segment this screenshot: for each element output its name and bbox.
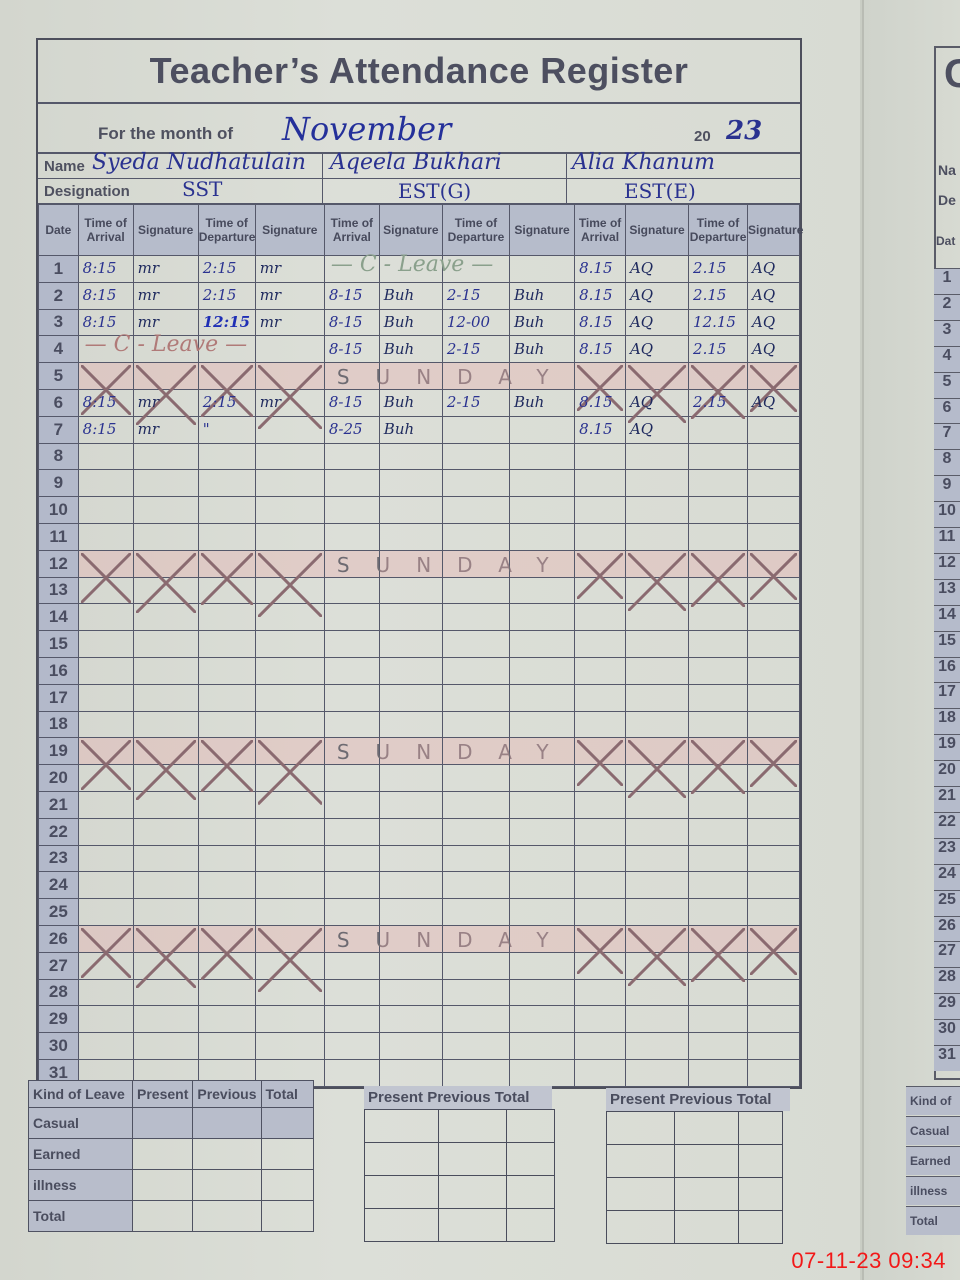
attendance-cell: AQ — [625, 282, 688, 309]
facing-date-cell: 30 — [934, 1019, 960, 1045]
year-prefix: 20 — [694, 128, 711, 145]
attendance-cell — [78, 657, 133, 684]
table-row: 22 — [39, 818, 800, 845]
time-value: 8.15 — [575, 286, 612, 304]
leave-kind-casual: Casual — [29, 1108, 133, 1139]
attendance-cell: 8:15 — [78, 256, 133, 283]
attendance-cell — [379, 657, 442, 684]
attendance-cell: 8.15 — [575, 256, 626, 283]
attendance-cell — [442, 979, 509, 1006]
attendance-cell: mr — [255, 256, 324, 283]
time-value: 8-25 — [325, 420, 363, 438]
attendance-cell — [78, 577, 133, 604]
attendance-cell — [78, 1033, 133, 1060]
leave-cell — [261, 1139, 313, 1170]
attendance-cell — [689, 791, 748, 818]
attendance-cell — [255, 336, 324, 363]
attendance-cell — [78, 979, 133, 1006]
attendance-cell — [575, 738, 626, 765]
leave-kind-total: Total — [29, 1201, 133, 1232]
attendance-cell — [379, 899, 442, 926]
attendance-cell — [198, 845, 255, 872]
time-value: 8.15 — [575, 340, 612, 358]
attendance-cell — [198, 952, 255, 979]
attendance-cell: 8-15 — [324, 389, 379, 416]
table-row: 29 — [39, 1006, 800, 1033]
attendance-cell — [442, 711, 509, 738]
signature-value: Buh — [380, 393, 414, 411]
attendance-cell — [625, 523, 688, 550]
table-row: 28 — [39, 979, 800, 1006]
attendance-cell — [133, 711, 198, 738]
facing-leave-kind: Total — [906, 1206, 960, 1235]
signature-value: AQ — [748, 340, 775, 358]
attendance-cell — [78, 925, 133, 952]
facing-date-cell: 14 — [934, 605, 960, 631]
attendance-cell — [442, 1006, 509, 1033]
attendance-cell — [442, 256, 509, 283]
header-signature: Signature — [625, 205, 688, 256]
attendance-cell — [510, 952, 575, 979]
attendance-cell — [625, 497, 688, 524]
attendance-cell — [575, 523, 626, 550]
attendance-cell — [379, 470, 442, 497]
attendance-cell — [510, 899, 575, 926]
time-value: 12:15 — [199, 313, 250, 331]
time-value: 8:15 — [79, 259, 117, 277]
time-value: 8-15 — [325, 286, 363, 304]
facing-date-cell: 23 — [934, 838, 960, 864]
facing-date-cell: 22 — [934, 812, 960, 838]
attendance-cell — [510, 765, 575, 792]
attendance-cell — [255, 684, 324, 711]
attendance-cell: mr — [133, 256, 198, 283]
attendance-cell — [379, 711, 442, 738]
attendance-cell — [575, 1006, 626, 1033]
attendance-cell — [625, 791, 688, 818]
attendance-cell — [324, 470, 379, 497]
table-row: 10 — [39, 497, 800, 524]
table-row: 78:15mr"8-25Buh8.15AQ — [39, 416, 800, 443]
attendance-cell: AQ — [625, 336, 688, 363]
attendance-cell — [689, 872, 748, 899]
date-cell: 13 — [39, 577, 79, 604]
leave-cell — [193, 1170, 261, 1201]
leave-summary-teacher-1: Kind of Leave Present Previous Total Cas… — [28, 1080, 314, 1232]
table-row: 20 — [39, 765, 800, 792]
attendance-cell: 8-15 — [324, 336, 379, 363]
attendance-cell — [689, 470, 748, 497]
attendance-cell — [379, 684, 442, 711]
attendance-cell — [133, 684, 198, 711]
attendance-cell: Buh — [379, 389, 442, 416]
table-row: 24 — [39, 872, 800, 899]
attendance-cell — [689, 1059, 748, 1086]
time-value: 8:15 — [79, 420, 117, 438]
attendance-cell — [379, 443, 442, 470]
signature-value: mr — [256, 259, 281, 277]
attendance-cell — [575, 1033, 626, 1060]
attendance-cell — [748, 1033, 800, 1060]
attendance-cell — [510, 738, 575, 765]
attendance-cell: SUNDAY — [324, 738, 379, 765]
table-row: 4— C - Leave —8-15Buh2-15Buh8.15AQ2.15AQ — [39, 336, 800, 363]
header-departure: Time of Departure — [689, 205, 748, 256]
attendance-cell — [198, 604, 255, 631]
attendance-cell — [198, 657, 255, 684]
facing-date-cell: 21 — [934, 786, 960, 812]
attendance-cell — [78, 1006, 133, 1033]
attendance-cell — [255, 711, 324, 738]
date-cell: 22 — [39, 818, 79, 845]
attendance-cell — [575, 604, 626, 631]
attendance-cell — [324, 952, 379, 979]
table-row: 15 — [39, 631, 800, 658]
attendance-cell — [379, 363, 442, 390]
date-cell: 29 — [39, 1006, 79, 1033]
camera-timestamp: 07-11-23 09:34 — [791, 1248, 946, 1274]
month-row: For the month of November 20 23 — [38, 104, 800, 154]
attendance-cell — [442, 470, 509, 497]
date-cell: 19 — [39, 738, 79, 765]
attendance-cell — [510, 684, 575, 711]
attendance-cell — [748, 684, 800, 711]
attendance-cell — [748, 416, 800, 443]
facing-date-cell: 27 — [934, 941, 960, 967]
attendance-cell: AQ — [748, 282, 800, 309]
attendance-cell — [198, 470, 255, 497]
attendance-cell — [379, 1033, 442, 1060]
attendance-cell — [748, 925, 800, 952]
table-row: 68:15mr2:15mr8-15Buh2-15Buh8.15AQ2.15AQ — [39, 389, 800, 416]
time-value: 12-00 — [443, 313, 490, 331]
attendance-cell — [748, 604, 800, 631]
attendance-cell — [748, 711, 800, 738]
attendance-register: Teacher’s Attendance Register For the mo… — [36, 38, 802, 1089]
leave-kind-illness: illness — [29, 1170, 133, 1201]
attendance-cell — [255, 1033, 324, 1060]
attendance-cell: AQ — [748, 256, 800, 283]
attendance-cell: AQ — [748, 336, 800, 363]
year-value: 23 — [726, 116, 762, 146]
subheader-total: Total — [495, 1089, 530, 1106]
signature-value: AQ — [626, 313, 653, 331]
table-row: 16 — [39, 657, 800, 684]
attendance-cell — [133, 470, 198, 497]
leave-cell — [133, 1108, 193, 1139]
attendance-cell — [133, 872, 198, 899]
attendance-cell — [442, 363, 509, 390]
header-arrival: Time of Arrival — [575, 205, 626, 256]
attendance-cell — [255, 416, 324, 443]
attendance-cell: mr — [255, 309, 324, 336]
signature-value: mr — [134, 313, 159, 331]
attendance-cell — [510, 1059, 575, 1086]
attendance-cell — [625, 872, 688, 899]
leave-cell — [193, 1108, 261, 1139]
header-signature: Signature — [510, 205, 575, 256]
designation-row: Designation SST EST(G) EST(E) — [38, 179, 800, 204]
date-cell: 4 — [39, 336, 79, 363]
attendance-cell — [510, 657, 575, 684]
facing-date-cell: 10 — [934, 501, 960, 527]
attendance-cell — [255, 631, 324, 658]
table-row: 19SUNDAY — [39, 738, 800, 765]
attendance-cell — [379, 818, 442, 845]
facing-date-cell: 11 — [934, 527, 960, 553]
date-cell: 25 — [39, 899, 79, 926]
attendance-cell — [78, 818, 133, 845]
attendance-cell — [379, 497, 442, 524]
attendance-cell: 2-15 — [442, 282, 509, 309]
leave-kind-earned: Earned — [29, 1139, 133, 1170]
attendance-cell — [625, 711, 688, 738]
attendance-cell — [510, 979, 575, 1006]
attendance-cell — [78, 443, 133, 470]
subheader-previous: Previous — [427, 1089, 490, 1106]
facing-leave-kind: Casual — [906, 1116, 960, 1145]
attendance-cell — [324, 899, 379, 926]
attendance-cell — [510, 845, 575, 872]
attendance-cell — [324, 872, 379, 899]
attendance-cell — [324, 979, 379, 1006]
attendance-cell — [575, 979, 626, 1006]
attendance-cell: 2:15 — [198, 256, 255, 283]
header-departure: Time of Departure — [198, 205, 255, 256]
attendance-cell — [198, 925, 255, 952]
leave-cell — [193, 1139, 261, 1170]
signature-value: mr — [256, 313, 281, 331]
attendance-cell — [133, 1006, 198, 1033]
attendance-cell — [748, 952, 800, 979]
attendance-cell — [198, 765, 255, 792]
attendance-cell — [324, 443, 379, 470]
attendance-cell — [625, 684, 688, 711]
attendance-cell — [625, 925, 688, 952]
attendance-cell: mr — [133, 389, 198, 416]
signature-value: Buh — [380, 286, 414, 304]
attendance-cell — [198, 523, 255, 550]
header-arrival: Time of Arrival — [324, 205, 379, 256]
attendance-cell — [689, 1006, 748, 1033]
time-value: 8-15 — [325, 340, 363, 358]
attendance-cell — [324, 497, 379, 524]
facing-date-cell: 26 — [934, 916, 960, 942]
attendance-cell — [78, 711, 133, 738]
attendance-cell: 2.15 — [689, 336, 748, 363]
month-label: For the month of — [98, 124, 233, 144]
attendance-cell — [379, 1006, 442, 1033]
attendance-cell — [575, 818, 626, 845]
attendance-cell — [575, 925, 626, 952]
attendance-cell — [379, 256, 442, 283]
subheader-total: Total — [737, 1091, 772, 1108]
time-value: 8.15 — [575, 393, 612, 411]
attendance-cell — [625, 952, 688, 979]
attendance-cell — [510, 470, 575, 497]
attendance-cell — [510, 631, 575, 658]
attendance-cell: Buh — [379, 416, 442, 443]
attendance-cell — [689, 684, 748, 711]
attendance-cell — [198, 899, 255, 926]
attendance-cell — [442, 1059, 509, 1086]
signature-value: Buh — [510, 313, 544, 331]
table-row: 8 — [39, 443, 800, 470]
attendance-cell — [133, 738, 198, 765]
attendance-cell — [379, 845, 442, 872]
teacher-1-name: Syeda Nudhatulain — [92, 150, 306, 175]
attendance-cell — [198, 363, 255, 390]
attendance-cell — [442, 872, 509, 899]
attendance-cell: — C - Leave — — [324, 256, 379, 283]
time-value: 2:15 — [199, 259, 237, 277]
attendance-cell — [133, 363, 198, 390]
table-row: 21 — [39, 791, 800, 818]
time-value: 8:15 — [79, 313, 117, 331]
attendance-cell — [78, 899, 133, 926]
attendance-cell — [510, 363, 575, 390]
signature-value — [256, 420, 260, 438]
attendance-cell: AQ — [625, 389, 688, 416]
facing-date-cell: 2 — [934, 294, 960, 320]
attendance-cell — [78, 845, 133, 872]
table-row: 27 — [39, 952, 800, 979]
facing-designation-label: De — [938, 192, 956, 208]
attendance-cell — [510, 256, 575, 283]
attendance-cell — [133, 604, 198, 631]
attendance-cell — [748, 979, 800, 1006]
attendance-cell — [625, 443, 688, 470]
attendance-cell — [442, 925, 509, 952]
attendance-cell — [575, 791, 626, 818]
attendance-cell — [689, 497, 748, 524]
date-cell: 15 — [39, 631, 79, 658]
time-value: 2:15 — [199, 393, 237, 411]
date-cell: 17 — [39, 684, 79, 711]
attendance-cell — [625, 363, 688, 390]
attendance-cell — [255, 765, 324, 792]
leave-header-kind: Kind of Leave — [29, 1081, 133, 1108]
time-value: 8:15 — [79, 393, 117, 411]
signature-value: Buh — [380, 340, 414, 358]
table-row: 12SUNDAY — [39, 550, 800, 577]
attendance-cell: Buh — [379, 309, 442, 336]
attendance-cell — [379, 523, 442, 550]
attendance-cell — [324, 1033, 379, 1060]
facing-date-cell: 9 — [934, 475, 960, 501]
facing-date-cell: 3 — [934, 320, 960, 346]
signature-value: AQ — [626, 393, 653, 411]
attendance-cell — [575, 872, 626, 899]
facing-leave-kind: Earned — [906, 1146, 960, 1175]
register-page: Teacher’s Attendance Register For the mo… — [0, 0, 860, 1280]
attendance-cell: mr — [255, 389, 324, 416]
attendance-cell — [198, 497, 255, 524]
attendance-cell — [133, 443, 198, 470]
month-value: November — [282, 110, 451, 148]
header-arrival: Time of Arrival — [78, 205, 133, 256]
signature-value: mr — [134, 420, 159, 438]
attendance-cell — [625, 604, 688, 631]
attendance-cell: 12-00 — [442, 309, 509, 336]
attendance-cell — [625, 550, 688, 577]
facing-name-label: Na — [938, 162, 956, 178]
attendance-cell — [78, 631, 133, 658]
time-value — [443, 420, 447, 438]
attendance-cell — [575, 711, 626, 738]
attendance-cell — [255, 604, 324, 631]
facing-date-cell: 20 — [934, 760, 960, 786]
attendance-cell: Buh — [379, 336, 442, 363]
date-cell: 6 — [39, 389, 79, 416]
header-date: Date — [39, 205, 79, 256]
attendance-cell — [625, 738, 688, 765]
date-cell: 5 — [39, 363, 79, 390]
signature-value — [510, 420, 514, 438]
header-signature: Signature — [748, 205, 800, 256]
attendance-cell — [625, 818, 688, 845]
attendance-cell — [379, 952, 442, 979]
attendance-cell — [575, 497, 626, 524]
attendance-cell — [379, 765, 442, 792]
attendance-cell — [379, 631, 442, 658]
attendance-cell — [442, 604, 509, 631]
attendance-cell — [324, 711, 379, 738]
attendance-cell — [78, 604, 133, 631]
attendance-cell — [255, 657, 324, 684]
attendance-cell — [689, 1033, 748, 1060]
table-row: 25 — [39, 899, 800, 926]
attendance-cell — [625, 845, 688, 872]
signature-value: mr — [256, 393, 281, 411]
attendance-cell — [78, 363, 133, 390]
facing-date-cell: 13 — [934, 579, 960, 605]
attendance-cell — [324, 631, 379, 658]
attendance-cell — [689, 845, 748, 872]
attendance-cell — [78, 791, 133, 818]
facing-date-cell: 31 — [934, 1045, 960, 1071]
leave-summary-teacher-3: Present Previous Total — [606, 1088, 790, 1244]
attendance-cell — [442, 631, 509, 658]
attendance-cell — [625, 979, 688, 1006]
attendance-cell — [510, 416, 575, 443]
attendance-cell — [689, 363, 748, 390]
attendance-cell — [78, 470, 133, 497]
attendance-cell: AQ — [748, 389, 800, 416]
attendance-cell — [748, 791, 800, 818]
attendance-cell — [748, 470, 800, 497]
time-value: 2-15 — [443, 393, 481, 411]
signature-value: mr — [134, 393, 159, 411]
attendance-cell — [689, 952, 748, 979]
attendance-cell — [78, 550, 133, 577]
name-label: Name — [44, 158, 85, 175]
table-row: 17 — [39, 684, 800, 711]
signature-value: Buh — [510, 340, 544, 358]
attendance-cell: mr — [133, 282, 198, 309]
attendance-cell — [510, 443, 575, 470]
subheader-present: Present — [368, 1089, 423, 1106]
attendance-cell — [748, 738, 800, 765]
signature-value: AQ — [748, 259, 775, 277]
signature-value: AQ — [626, 286, 653, 304]
attendance-cell — [324, 604, 379, 631]
attendance-cell — [575, 443, 626, 470]
signature-value: mr — [134, 286, 159, 304]
attendance-cell — [625, 577, 688, 604]
attendance-cell: 8.15 — [575, 309, 626, 336]
signature-value: Buh — [510, 393, 544, 411]
